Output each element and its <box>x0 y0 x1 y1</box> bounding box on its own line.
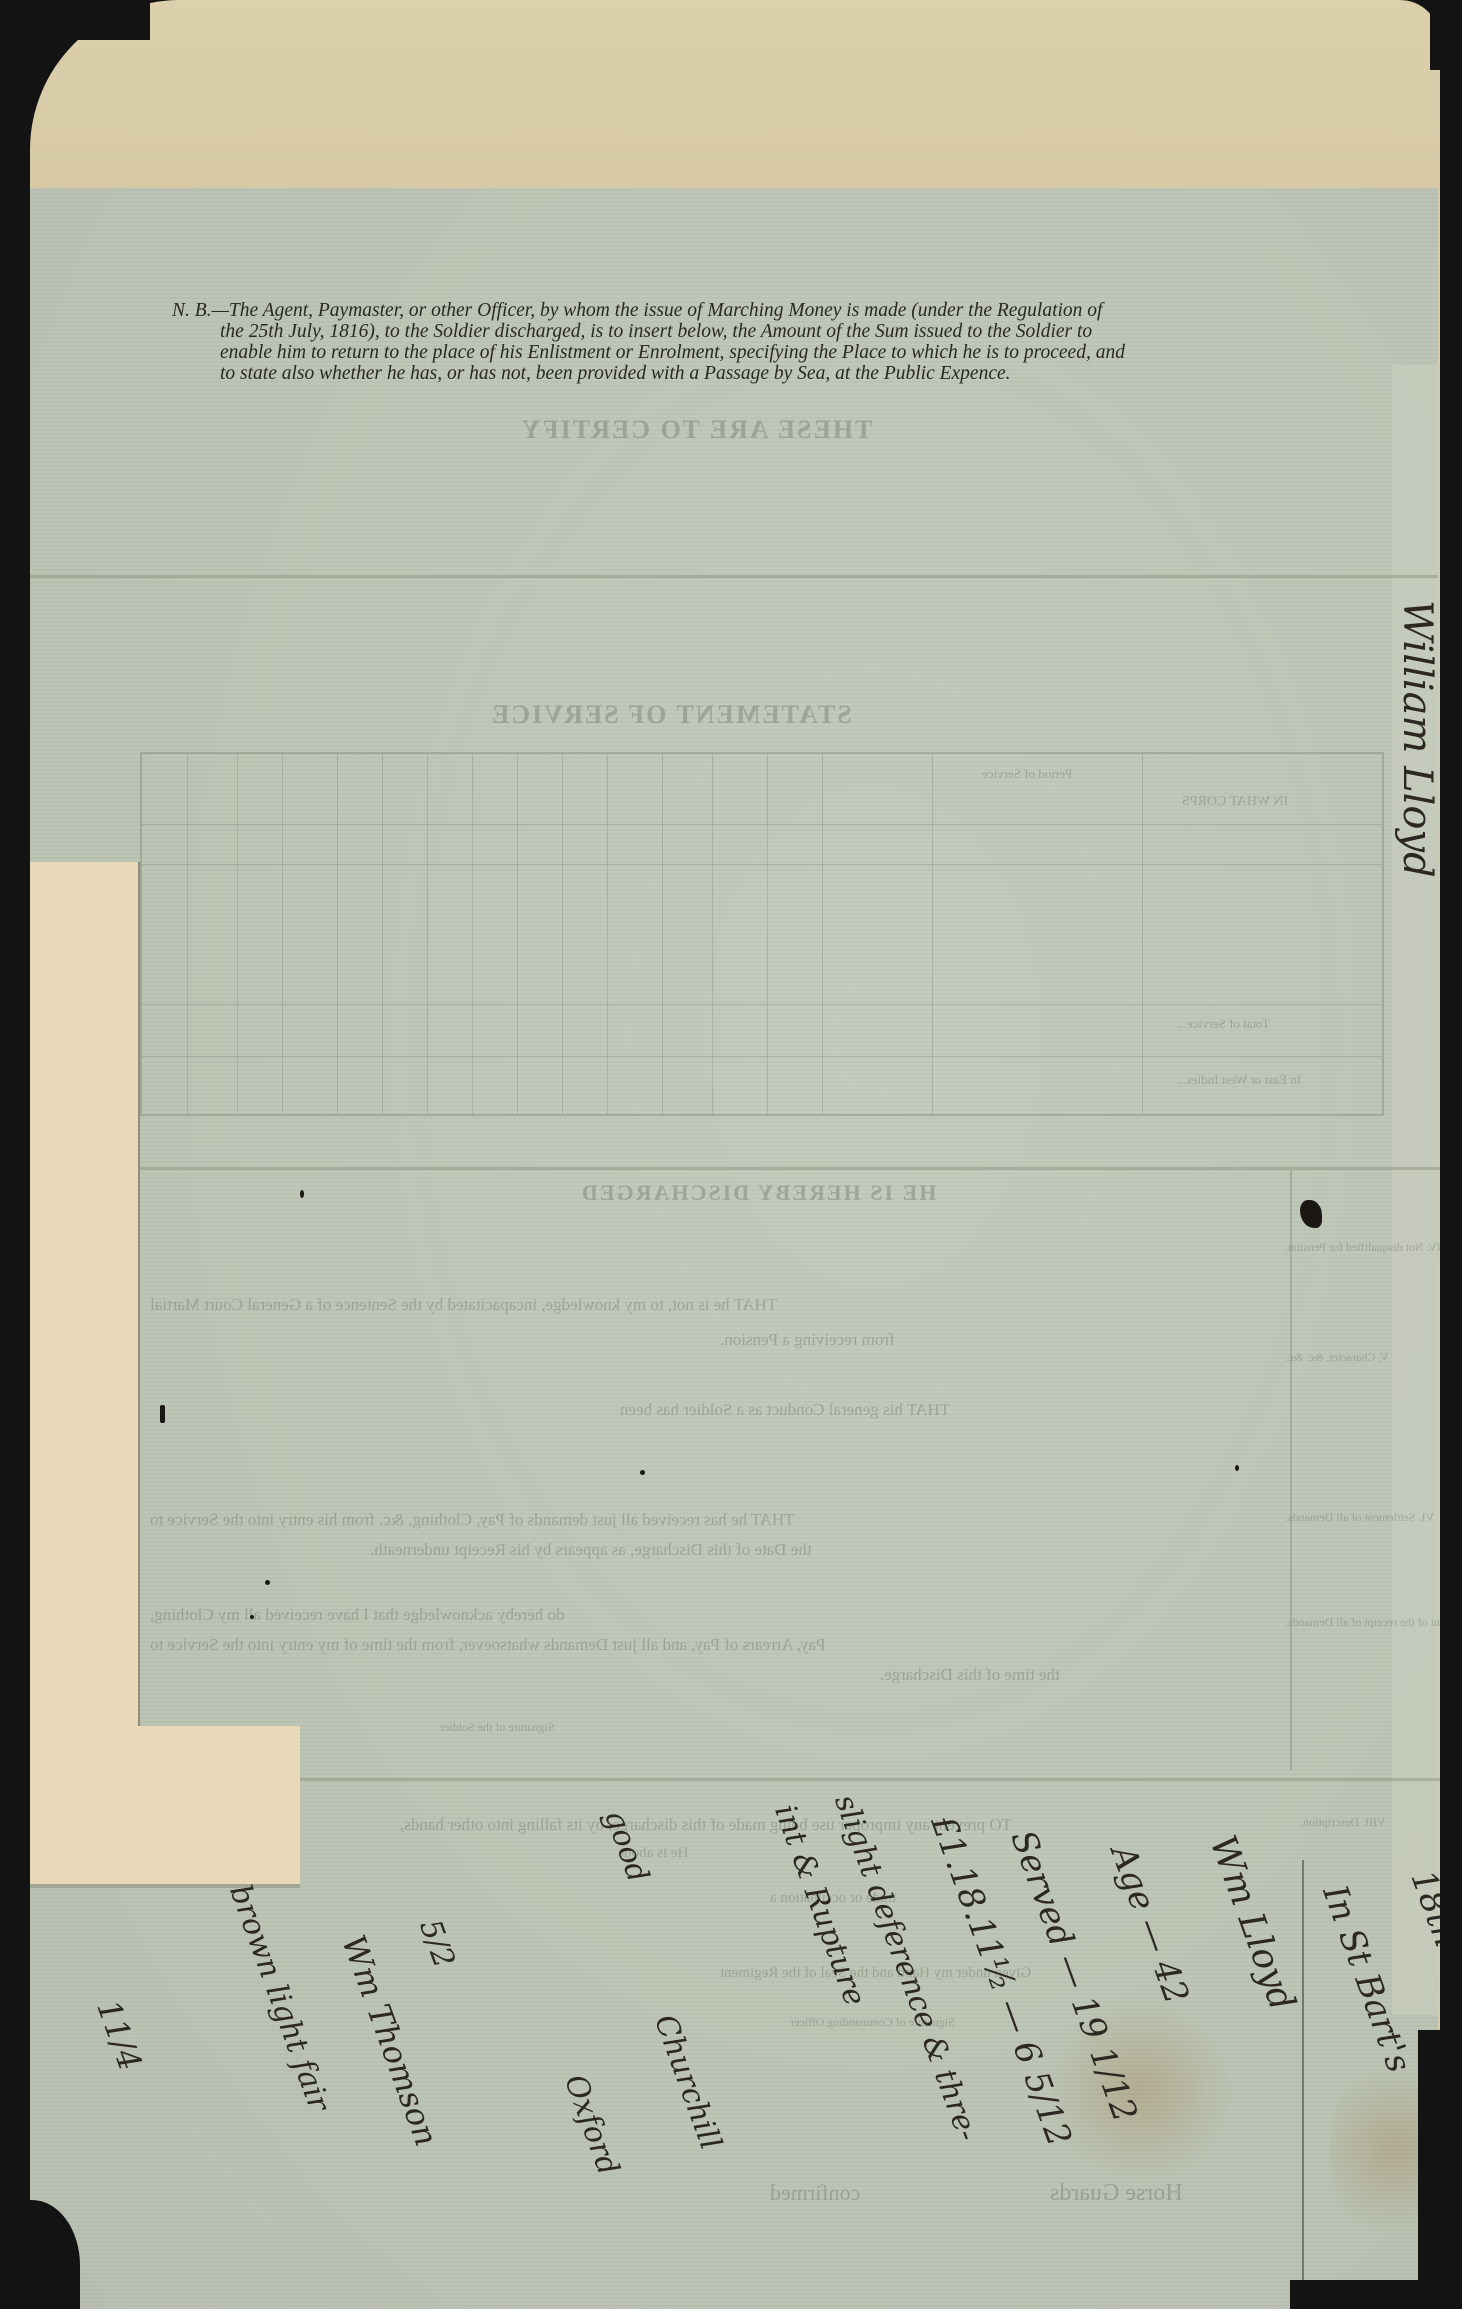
ghost-signature-soldier: Signature of the Soldier <box>440 1720 554 1735</box>
ghost-margin-vi: VI. Settlement of all Demands. <box>1285 1510 1434 1525</box>
repair-patch-lower <box>16 1726 300 1886</box>
scan-background-left <box>0 0 30 2309</box>
ghost-section-iv: THAT he is not, to my knowledge, incapac… <box>150 1295 777 1315</box>
ink-speck <box>265 1580 270 1585</box>
note-line-4: to state also whether he has, or has not… <box>172 363 1342 384</box>
printed-note: N. B.—The Agent, Paymaster, or other Off… <box>172 300 1342 384</box>
discharge-sheet <box>26 188 1438 2309</box>
ghost-row-indies: In East or West Indies... <box>1177 1072 1301 1088</box>
note-lead: N. B.— <box>172 300 229 321</box>
ghost-col-corps: IN WHAT CORPS <box>1182 794 1288 810</box>
note-line-3: enable him to return to the place of his… <box>172 342 1342 363</box>
ghost-margin-v: V. Character, &c. &c. <box>1285 1350 1389 1365</box>
scan-background-corner-right <box>1430 0 1462 70</box>
scan-background-right <box>1440 0 1462 2309</box>
fold-crease-middle <box>140 1167 1440 1170</box>
ghost-section-iv-b: from receiving a Pension. <box>720 1330 895 1350</box>
torn-edge-bottom-right <box>1418 2030 1462 2309</box>
ghost-section-vii-c: the time of this Discharge. <box>880 1665 1060 1685</box>
scan-background-corner <box>0 0 150 40</box>
ghost-section-vi: THAT he has received all just demands of… <box>150 1510 794 1530</box>
ghost-section-vii: do hereby acknowledge that I have receiv… <box>150 1605 564 1625</box>
ink-speck <box>160 1405 165 1423</box>
ghost-section-vii-b: Pay, Arrears of Pay, and all just Demand… <box>150 1635 826 1655</box>
ghost-heading-statement: STATEMENT OF SERVICE <box>490 700 852 730</box>
fold-crease-upper <box>26 575 1438 578</box>
ghost-margin-iv: IV. Not disqualified for Pension. <box>1285 1240 1441 1255</box>
ghost-margin-vii: VII. Acknowledgement of the receipt of a… <box>1285 1615 1462 1630</box>
ghost-confirmed: confirmed <box>770 2180 860 2206</box>
ink-speck <box>250 1615 254 1619</box>
ghost-col-period: Period of Service <box>982 766 1072 782</box>
ink-speck <box>640 1470 645 1475</box>
fold-crease-lower <box>300 1778 1440 1781</box>
note-line-2: the 25th July, 1816), to the Soldier dis… <box>172 321 1342 342</box>
ghost-section-v: THAT his general Conduct as a Soldier ha… <box>620 1400 950 1420</box>
ghost-section-vi-b: the Date of this Discharge, as appears b… <box>370 1540 812 1560</box>
document-scan: N. B.—The Agent, Paymaster, or other Off… <box>0 0 1462 2309</box>
hand-ruled-line <box>1302 1860 1304 2309</box>
ghost-margin-rule <box>1290 1170 1292 1770</box>
handwritten-name-margin: William Lloyd <box>1394 600 1440 878</box>
ghost-heading-certify: THESE ARE TO CERTIFY <box>520 415 872 445</box>
ink-speck <box>1235 1465 1239 1471</box>
ghost-margin-viii: VIII. Description. <box>1300 1815 1386 1830</box>
ghost-section-viii: TO prevent any improper use being made o… <box>400 1815 1012 1835</box>
note-line-1: The Agent, Paymaster, or other Officer, … <box>229 300 1103 321</box>
ghost-row-total: Total of Service... <box>1177 1016 1270 1032</box>
backing-paper-top-flap <box>30 0 1450 190</box>
ghost-service-table: IN WHAT CORPS Period of Service Total of… <box>140 752 1384 1116</box>
ghost-heading-discharged: HE IS HEREBY DISCHARGED <box>580 1180 936 1206</box>
ink-speck <box>300 1190 304 1198</box>
